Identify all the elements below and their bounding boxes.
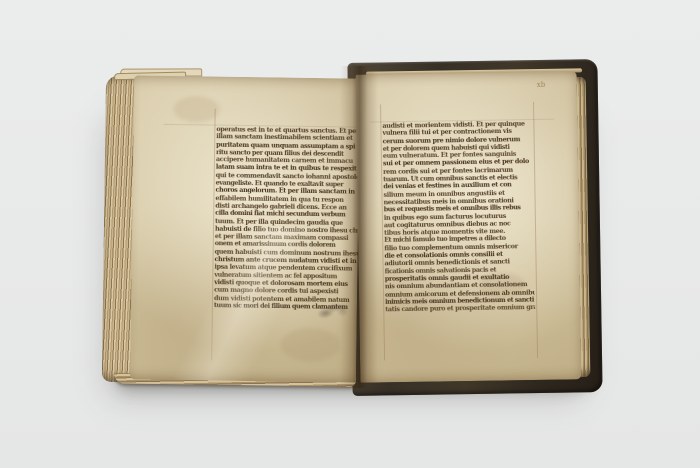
text-line: quem habuisti cum dominum nostrum ihesum xyxy=(215,248,361,258)
photo-background: operatus est in te et quartus sanctus. E… xyxy=(0,0,700,468)
text-line: ipsa levatum atque pendentem crucifixum xyxy=(214,263,360,273)
right-page: xb audisti et morientem vidisti. Et per … xyxy=(356,71,582,382)
text-line: vulneratum sitientem ac fel appositum xyxy=(214,271,360,281)
text-line: tatis candore puro et prosperitate omniu… xyxy=(385,304,535,314)
text-line: cum magno dolore cordis tui aspexisti xyxy=(214,286,360,296)
text-column-right: audisti et morientem vidisti. Et per qui… xyxy=(382,120,535,318)
text-column-left: operatus est in te et quartus sanctus. E… xyxy=(214,126,363,315)
ruling-line-vertical xyxy=(211,109,216,361)
text-line: tuum sic mori dei filium quem clamantem xyxy=(214,302,360,312)
vellum-stain xyxy=(173,96,219,123)
text-line: onem et amarissimum cordis dolorem xyxy=(215,241,361,251)
folio-number: xb xyxy=(537,81,546,89)
left-page: operatus est in te et quartus sanctus. E… xyxy=(130,75,360,382)
text-line: habuisti de filio tuo domino nostro ihes… xyxy=(215,225,361,235)
text-line: vidisti quoque et dolorosam mortem eius xyxy=(214,279,360,289)
text-line: dum vidisti potentem et amabilem natum xyxy=(214,294,360,304)
text-line: christum ante crucem nudatum vidisti et … xyxy=(215,256,361,266)
vellum-stain xyxy=(280,328,340,363)
text-line: et per illam sanctam maximam compassi xyxy=(215,233,361,243)
ink-smudge xyxy=(315,299,348,322)
